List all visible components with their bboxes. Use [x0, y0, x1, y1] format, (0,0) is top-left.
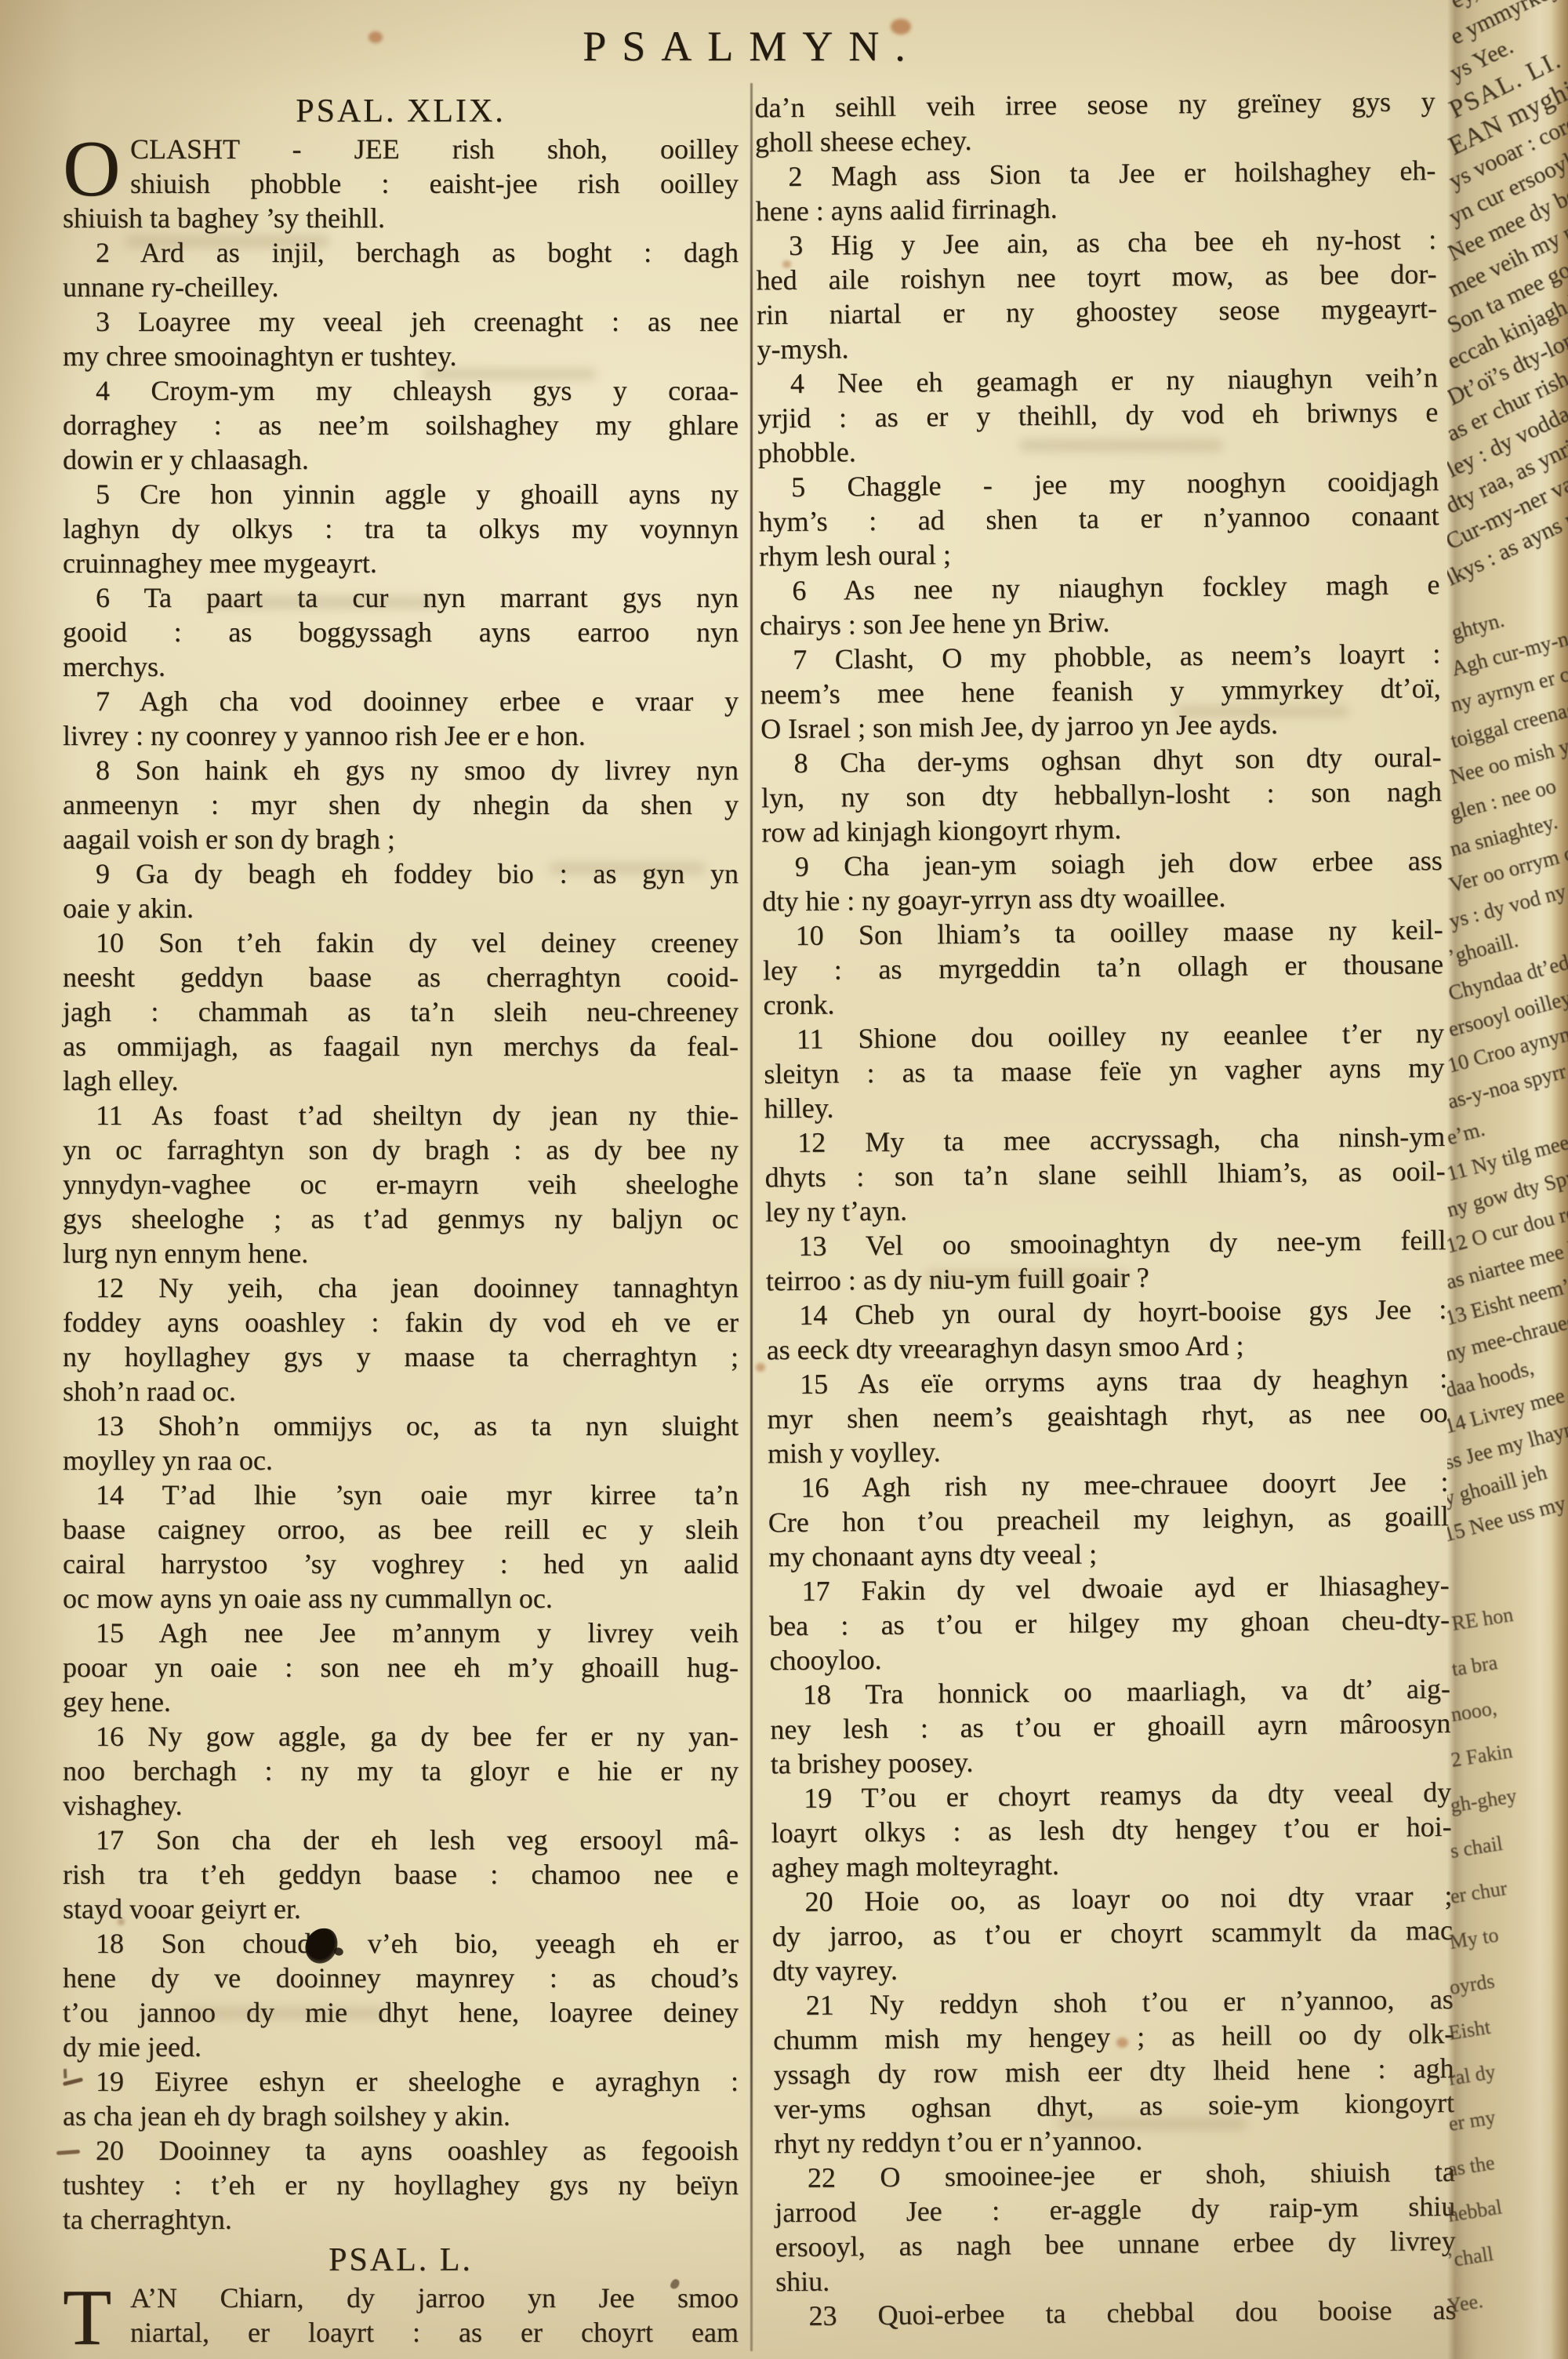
text-line: 2 Magh ass Sion ta Jee er hoilshaghey eh…	[755, 153, 1436, 194]
text-line: ersooyl, as nagh bee unnane erbee dy liv…	[775, 2223, 1455, 2264]
curl-text-fragment: nooo,	[1450, 1696, 1498, 1727]
verse-paragraph: 16 Agh rish ny mee-chrauee dooyrt Jee :C…	[768, 1464, 1449, 1574]
text-line: 2 Ard as injil, berchagh as boght : dagh	[63, 235, 739, 270]
verse-paragraph: 7 Agh cha vod dooinney erbee e vraar yli…	[63, 684, 739, 753]
text-line: A’N Chiarn, dy jarroo yn Jee smoo	[63, 2281, 739, 2315]
text-line: loayrt olkys : as lesh dty hengey t’ou e…	[771, 1809, 1451, 1850]
text-line: 14 T’ad lhie ’syn oaie myr kirree ta’n	[63, 1478, 739, 1512]
verse-paragraph: 22 O smooinee-jee er shoh, shiuish tajar…	[775, 2154, 1457, 2299]
curl-text-fragment: e’m.	[1447, 1117, 1487, 1150]
text-line: stayd vooar geiyrt er.	[63, 1892, 739, 1926]
text-line: laghyn dy olkys : tra ta olkys my voynny…	[63, 511, 739, 546]
text-line: shiuish ta baghey ’sy theihll.	[63, 201, 739, 235]
text-line: livrey : ny coonrey y yannoo rish Jee er…	[63, 718, 739, 753]
text-line: gys sheeloghe ; as t’ad genmys ny baljyn…	[63, 1201, 739, 1236]
verse-paragraph: 12 My ta mee accryssagh, cha ninsh-ymdhy…	[764, 1119, 1446, 1229]
text-line: dorraghey : as nee’m soilshaghey my ghla…	[63, 408, 739, 442]
text-line: 3 Loayree my veeal jeh creenaght : as ne…	[63, 304, 739, 339]
curl-text-fragment: gh-ghey	[1449, 1784, 1519, 1818]
text-line: dhyts : son ta’n slane seihll lhiam’s, a…	[764, 1154, 1445, 1194]
text-line: 23 Quoi-erbee ta chebbal dou booise as	[775, 2292, 1456, 2333]
dropcap-paragraph: OCLASHT - JEE rish shoh, ooilleyshiuish …	[63, 132, 739, 235]
text-line: my chree smooinaghtyn er tushtey.	[63, 339, 739, 373]
text-line: lurg nyn ennym hene.	[63, 1236, 739, 1270]
verse-paragraph: 2 Magh ass Sion ta Jee er hoilshaghey eh…	[755, 153, 1436, 228]
curl-text-fragment: as the	[1447, 2151, 1497, 2182]
verse-paragraph: 17 Fakin dy vel dwoaie ayd er lhiasaghey…	[768, 1568, 1450, 1677]
verse-paragraph: 21 Ny reddyn shoh t’ou er n’yannoo, asch…	[773, 1982, 1455, 2161]
curl-text-fragment: ’chall	[1447, 2242, 1495, 2273]
curl-text-fragment: oyrds	[1447, 1969, 1496, 2000]
text-line: lagh elley.	[63, 1063, 739, 1098]
text-line: tushtey : t’eh er ny hoyllaghey gys ny b…	[63, 2168, 739, 2202]
text-line: pooar yn oaie : son nee eh m’y ghoaill h…	[63, 1650, 739, 1685]
text-line: niartal, er loayrt : as er choyrt eam	[63, 2315, 739, 2350]
text-line: shiuish phobble : eaisht-jee rish ooille…	[63, 166, 739, 201]
curl-text-fragment: 2 Fakin	[1449, 1739, 1513, 1772]
text-line: as ommijagh, as faagail nyn merchys da f…	[63, 1029, 739, 1063]
text-line: moylley yn raa oc.	[63, 1443, 739, 1478]
text-line: oc mow ayns yn oaie ass ny cummallyn oc.	[63, 1581, 739, 1616]
text-line: ny hoyllaghey gys y maase ta cherraghtyn…	[63, 1339, 739, 1374]
curl-text-fragment: ’ghoaill.	[1447, 928, 1521, 969]
verse-paragraph: 3 Loayree my veeal jeh creenaght : as ne…	[63, 304, 739, 373]
curl-text-fragment: er chur	[1448, 1877, 1508, 1909]
text-line: bea : as t’ou er hilgey my ghoan cheu-dt…	[769, 1602, 1450, 1643]
verse-paragraph: 6 Ta paart ta cur nyn marrant gys nyngoo…	[63, 580, 739, 684]
verse-paragraph: 11 As foast t’ad sheiltyn dy jean ny thi…	[63, 1098, 739, 1270]
page-title: PSALMYN.	[63, 22, 1441, 71]
foxing-spot	[1116, 2037, 1128, 2048]
text-line: rin niartal er ny ghoostey seose mygeayr…	[757, 291, 1437, 332]
column-divider-rule	[750, 83, 753, 2351]
curl-text-fragment: ta bra	[1450, 1651, 1498, 1681]
verse-paragraph: 13 Shoh’n ommijys oc, as ta nyn sluightm…	[63, 1408, 739, 1478]
text-line: 4 Croym-ym my chleaysh gys y coraa-	[63, 373, 739, 408]
verse-paragraph: 11 Shione dou ooilley ny eeanlee t’er ny…	[764, 1016, 1445, 1125]
text-line: gey hene.	[63, 1685, 739, 1719]
curl-text-fragment: ral dy	[1447, 2060, 1497, 2091]
verse-paragraph: da’n seihll veih irree seose ny greïney …	[754, 84, 1436, 159]
text-line: aagail voish er son dy bragh ;	[63, 822, 739, 856]
text-line: ver-yms oghsan dhyt, as soie-ym kiongoyr…	[774, 2085, 1454, 2126]
verse-paragraph: 10 Son t’eh fakin dy vel deiney creeneyn…	[63, 925, 739, 1098]
verse-paragraph: 23 Quoi-erbee ta chebbal dou booise as	[775, 2292, 1456, 2333]
text-line: as cha jean eh dy bragh soilshey y akin.	[63, 2099, 739, 2133]
text-line: dowin er y chlaasagh.	[63, 442, 739, 477]
verse-paragraph: 6 As nee ny niaughyn fockley magh echair…	[759, 567, 1440, 642]
text-line: ynnydyn-vaghee oc er-mayrn veih sheelogh…	[63, 1167, 739, 1201]
verse-paragraph: 4 Croym-ym my chleaysh gys y coraa-dorra…	[63, 373, 739, 477]
curled-next-page-edge: ey, t’eh cure ymmyrkey dyys Yee.PSAL. LI…	[1447, 0, 1568, 2359]
text-line: 12 Ny yeih, cha jean dooinney tannaghtyn	[63, 1270, 739, 1305]
verse-paragraph: 10 Son lhiam’s ta ooilley maase ny keil-…	[762, 912, 1443, 1022]
verse-paragraph: 2 Ard as injil, berchagh as boght : dagh…	[63, 235, 739, 304]
text-line: hene dy ve dooinney maynrey : as choud’s	[63, 1961, 739, 1995]
verse-paragraph: 9 Ga dy beagh eh foddey bio : as gyn yno…	[63, 856, 739, 925]
verse-paragraph: 14 T’ad lhie ’syn oaie myr kirree ta’nba…	[63, 1478, 739, 1616]
text-line: 8 Son haink eh gys ny smoo dy livrey nyn	[63, 753, 739, 787]
text-line: 20 Dooinney ta ayns ooashley as fegooish	[63, 2133, 739, 2168]
verse-paragraph: 4 Nee eh geamagh er ny niaughyn veih’nyr…	[757, 360, 1439, 470]
text-line: ney lesh : as t’ou er ghoaill ayrn mâroo…	[770, 1706, 1450, 1747]
text-line: yn oc farraghtyn son dy bragh : as dy be…	[63, 1132, 739, 1167]
foxing-spot	[782, 260, 791, 268]
drop-cap: O	[63, 136, 121, 203]
text-line: 9 Ga dy beagh eh foddey bio : as gyn yn	[63, 856, 739, 891]
verse-paragraph: 15 Agh nee Jee m’annym y livrey veihpooa…	[63, 1616, 739, 1719]
text-line: neesht geddyn baase as cherraghtyn cooid…	[63, 960, 739, 994]
text-line: cairal harrystoo ’sy voghrey : hed yn aa…	[63, 1547, 739, 1581]
curl-text-fragment: ghtyn.	[1449, 608, 1507, 645]
text-line: cruinnaghey mee mygeayrt.	[63, 546, 739, 580]
text-line: shoh’n raad oc.	[63, 1374, 739, 1408]
curl-text-fragment: Yee.	[1447, 2289, 1485, 2318]
text-line: 10 Son t’eh fakin dy vel deiney creeney	[63, 925, 739, 960]
curl-text-fragment: er my	[1447, 2106, 1497, 2136]
verse-paragraph: 13 Vel oo smooinaghtyn dy nee-ym feillte…	[765, 1223, 1446, 1298]
verse-paragraph: 18 Son choud’s v’eh bio, yeeagh eh erhen…	[63, 1926, 739, 2064]
text-line: dy jarroo, as t’ou er choyrt scammylt da…	[772, 1913, 1453, 1954]
text-line: 11 As foast t’ad sheiltyn dy jean ny thi…	[63, 1098, 739, 1132]
text-line: 13 Shoh’n ommijys oc, as ta nyn sluight	[63, 1408, 739, 1443]
verse-paragraph: 17 Son cha der eh lesh veg ersooyl mâ-ri…	[63, 1823, 739, 1926]
text-line: 16 Ny gow aggle, ga dy bee fer er ny yan…	[63, 1719, 739, 1754]
text-line: 18 Son choud’s v’eh bio, yeeagh eh er	[63, 1926, 739, 1961]
text-line: jagh : chammah as ta’n sleih neu-chreene…	[63, 994, 739, 1029]
text-line: yrjid : as er y theihll, dy vod eh briwn…	[757, 394, 1438, 435]
curl-text-fragment: My to	[1448, 1923, 1501, 1954]
text-line: neem’s mee hene feanish y ymmyrkey dt’oï…	[760, 671, 1440, 711]
text-line: ta cherraghtyn.	[63, 2202, 739, 2237]
verse-paragraph: 9 Cha jean-ym soiagh jeh dow erbee assdt…	[762, 843, 1443, 918]
text-line: sleityn : as ta maase feïe yn vagher ayn…	[764, 1050, 1444, 1091]
curl-text-fragment: s chail	[1449, 1832, 1504, 1863]
verse-paragraph: 19 Eiyree eshyn er sheeloghe e ayraghyn …	[63, 2064, 739, 2133]
text-line: 13 Vel oo smooinaghtyn dy nee-ym feill	[765, 1223, 1446, 1263]
text-line: CLASHT - JEE rish shoh, ooilley	[63, 132, 739, 166]
drop-cap: T	[63, 2284, 111, 2352]
curl-text-fragment: hebbal	[1447, 2195, 1504, 2226]
text-line: t’ou jannoo dy mie dhyt hene, loayree de…	[63, 1995, 739, 2030]
verse-paragraph: 5 Cre hon yinnin aggle y ghoaill ayns ny…	[63, 477, 739, 580]
text-line: myr shen neem’s geaishtagh rhyt, as nee …	[767, 1395, 1447, 1436]
verse-paragraph: 19 T’ou er choyrt reamys da dty veeal dy…	[771, 1775, 1452, 1885]
psalm-heading: PSAL. XLIX.	[63, 94, 739, 129]
text-line: 17 Son cha der eh lesh veg ersooyl mâ-	[63, 1823, 739, 1857]
text-line: foddey ayns ooashley : fakin dy vod eh v…	[63, 1305, 739, 1339]
text-line: 14 Cheb yn oural dy hoyrt-booise gys Jee…	[766, 1292, 1446, 1332]
curl-text-fragment: RE hon	[1450, 1603, 1515, 1636]
text-line: da’n seihll veih irree seose ny greïney …	[754, 84, 1435, 125]
text-line: lyn, ny son dty hebballyn-losht : son na…	[761, 774, 1442, 815]
verse-paragraph: 16 Ny gow aggle, ga dy bee fer er ny yan…	[63, 1719, 739, 1823]
text-line: gooid : as boggyssagh ayns earroo nyn	[63, 615, 739, 649]
verse-paragraph: 20 Dooinney ta ayns ooashley as fegooish…	[63, 2133, 739, 2237]
text-line: unnane ry-cheilley.	[63, 270, 739, 304]
text-line: ley : as myrgeddin ta’n ollagh er thousa…	[763, 947, 1443, 987]
verse-paragraph: 20 Hoie oo, as loayr oo noi dty vraar ;d…	[771, 1878, 1453, 1988]
psalm-heading: PSAL. L.	[63, 2243, 739, 2277]
text-line: oaie y akin.	[63, 891, 739, 925]
foxing-spot	[891, 19, 911, 35]
text-line: hym’s : ad shen ta er n’yannoo conaant	[758, 498, 1439, 539]
text-line: Cre hon t’ou preacheil my leighyn, as go…	[768, 1499, 1449, 1539]
text-line: rish tra t’eh geddyn baase : chamoo nee …	[63, 1857, 739, 1892]
verse-paragraph: 7 Clasht, O my phobble, as neem’s loayrt…	[760, 636, 1441, 746]
dropcap-paragraph: TA’N Chiarn, dy jarroo yn Jee smooniarta…	[63, 2281, 739, 2350]
text-line: vishaghey.	[63, 1788, 739, 1823]
text-line: 15 Agh nee Jee m’annym y livrey veih	[63, 1616, 739, 1650]
text-line: 6 Ta paart ta cur nyn marrant gys nyn	[63, 580, 739, 615]
foxing-spot	[118, 1918, 125, 1925]
text-line: 9 Cha jean-ym soiagh jeh dow erbee ass	[762, 843, 1443, 884]
right-text-column: da’n seihll veih irree seose ny greïney …	[754, 84, 1456, 2333]
verse-paragraph: 8 Cha der-yms oghsan dhyt son dty oural-…	[760, 740, 1442, 849]
verse-paragraph: 12 Ny yeih, cha jean dooinney tannaghtyn…	[63, 1270, 739, 1408]
text-line: dy mie jeed.	[63, 2030, 739, 2064]
verse-paragraph: 15 As eïe orryms ayns traa dy heaghyn :m…	[767, 1361, 1448, 1470]
text-line: 5 Cre hon yinnin aggle y ghoaill ayns ny	[63, 477, 739, 511]
text-line: noo berchagh : ny my ta gloyr e hie er n…	[63, 1754, 739, 1788]
verse-paragraph: 5 Chaggle - jee my nooghyn cooidjaghhym’…	[758, 463, 1439, 573]
verse-paragraph: 18 Tra honnick oo maarliagh, va dt’ aig-…	[770, 1671, 1451, 1781]
text-line: 7 Agh cha vod dooinney erbee e vraar y	[63, 684, 739, 718]
text-line: baase caigney orroo, as bee reill ec y s…	[63, 1512, 739, 1547]
text-line: 19 Eiyree eshyn er sheeloghe e ayraghyn …	[63, 2064, 739, 2099]
text-line: merchys.	[63, 649, 739, 684]
verse-paragraph: 14 Cheb yn oural dy hoyrt-booise gys Jee…	[766, 1292, 1447, 1367]
text-line: 6 As nee ny niaughyn fockley magh e	[759, 567, 1439, 608]
foxing-spot	[368, 31, 383, 43]
text-line: anmeenyn : myr shen dy nhegin da shen y	[63, 787, 739, 822]
verse-paragraph: 3 Hig y Jee ain, as cha bee eh ny-host :…	[756, 222, 1438, 366]
left-text-column: PSAL. XLIX.OCLASHT - JEE rish shoh, ooil…	[63, 88, 739, 2350]
foxing-spot	[756, 1363, 765, 1372]
verse-paragraph: 8 Son haink eh gys ny smoo dy livrey nyn…	[63, 753, 739, 856]
curl-text-fragment: Eisht	[1447, 2016, 1492, 2045]
scanned-book-page: PSALMYN. PSAL. XLIX.OCLASHT - JEE rish s…	[0, 0, 1568, 2359]
